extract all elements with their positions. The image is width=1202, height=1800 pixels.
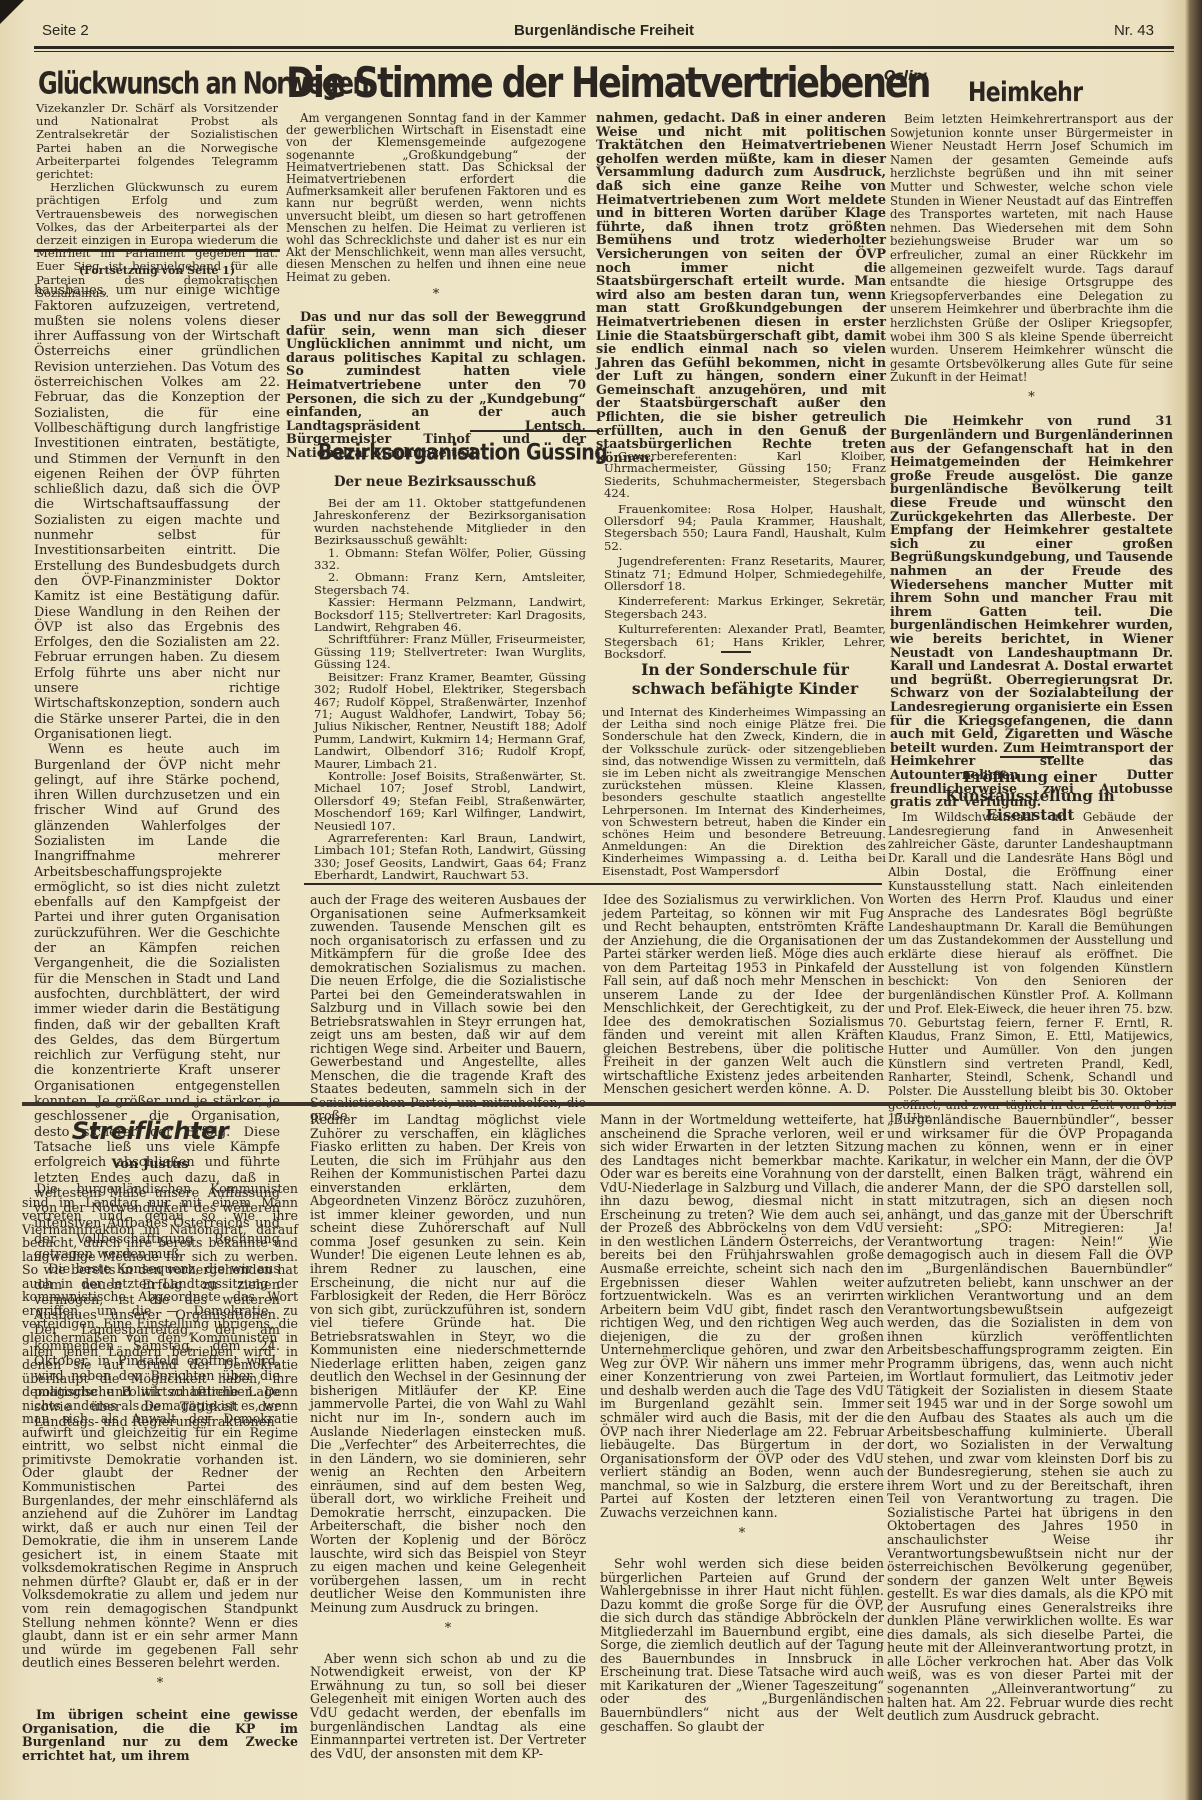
paragraph: auch der Frage des weiteren Ausbaues der… — [310, 893, 586, 1123]
divider-short — [721, 651, 751, 653]
headline-heimatvertriebenen: Die Stimme der Heimatvertriebenen — [286, 60, 929, 108]
headline-heimkehr: Heimkehr — [968, 78, 1082, 108]
separator-asterisk: * — [286, 289, 586, 301]
paragraph: Kontrolle: Josef Boisits, Straßenwärter,… — [314, 770, 586, 832]
article-heimatvertriebenen-col2: Am vergangenen Sonntag fand in der Kamme… — [286, 112, 586, 461]
streiflichter-col1: Die burgenländischen Kommunisten sind im… — [22, 1182, 298, 1762]
paragraph: Frauenkomitee: Rosa Holper, Haushalt, Ol… — [604, 503, 886, 553]
article-guessing-col3: Gewerbereferenten: Karl Kloiber, Uhrmach… — [604, 450, 886, 661]
paragraph: Im Wildschweinsaal im Gebäude der Landes… — [888, 811, 1173, 1126]
paragraph: hausbaues, um nur einige wichtige Faktor… — [34, 283, 280, 742]
paragraph: Kulturreferenten: Alexander Pratl, Beamt… — [604, 623, 886, 660]
paragraph: Kinderreferent: Markus Erkinger, Sekretä… — [604, 595, 886, 620]
masthead-rule-thin — [34, 51, 1174, 52]
article-heimkehr: Beim letzten Heimkehrertransport aus der… — [890, 113, 1173, 809]
divider — [34, 249, 280, 252]
section-divider — [22, 1102, 1176, 1106]
headline-streiflichter: Streiflichter — [0, 1117, 300, 1145]
paragraph: nahmen, gedacht. Daß in einer anderen We… — [596, 112, 886, 465]
paragraph: „Burgenländische Bauernbündler“, besser … — [887, 1113, 1173, 1723]
paragraph: Mann in der Wortmeldung wetteiferte, hat… — [600, 1113, 884, 1519]
article-guessing-col2: Bei der am 11. Oktober stattgefundenen J… — [314, 497, 586, 882]
paragraph: Am vergangenen Sonntag fand in der Kamme… — [286, 112, 586, 283]
headline-guessing: Bezirksorganisation Güssing — [318, 440, 607, 465]
subheadline-guessing: Der neue Bezirksausschuß — [290, 474, 580, 490]
masthead-rule — [34, 46, 1174, 49]
paragraph: Sehr wohl werden sich diese beiden bürge… — [600, 1557, 884, 1733]
paragraph: und Internat des Kinderheimes Wimpassing… — [602, 706, 886, 877]
paragraph: Bei der am 11. Oktober stattgefundenen J… — [314, 497, 586, 547]
separator-asterisk: * — [22, 1677, 298, 1691]
continuation-label: (Fortsetzung von Seite 1) — [34, 263, 280, 278]
article-fortsetzung-col3: Idee des Sozialismus zu verwirklichen. V… — [603, 893, 884, 1096]
separator-asterisk: * — [600, 1527, 884, 1541]
article-sonderschule: und Internat des Kinderheimes Wimpassing… — [602, 706, 886, 877]
paragraph: Redner im Landtag möglichst viele Zuhöre… — [310, 1113, 586, 1614]
paragraph: Agrarreferenten: Karl Braun, Landwirt, L… — [314, 832, 586, 882]
headline-sonderschule: In der Sonderschule für schwach befähigt… — [604, 660, 886, 698]
separator-asterisk: * — [890, 391, 1173, 405]
streiflichter-col4: „Burgenländische Bauernbündler“, besser … — [887, 1113, 1173, 1723]
paragraph: Idee des Sozialismus zu verwirklichen. V… — [603, 893, 884, 1096]
paragraph: 1. Obmann: Stefan Wölfer, Polier, Güssin… — [314, 547, 586, 572]
paragraph: Kassier: Hermann Pelzmann, Landwirt, Boc… — [314, 596, 586, 633]
paragraph: Beisitzer: Franz Kramer, Beamter, Güssin… — [314, 671, 586, 770]
newspaper-title: Burgenländische Freiheit — [36, 22, 1172, 39]
paragraph: Jugendreferenten: Franz Resetarits, Maur… — [604, 555, 886, 592]
streiflichter-col3: Mann in der Wortmeldung wetteiferte, hat… — [600, 1113, 884, 1733]
byline-justus: Von Justus — [0, 1157, 300, 1172]
masthead: Seite 2 Burgenländische Freiheit Nr. 43 — [36, 22, 1172, 44]
paragraph: Beim letzten Heimkehrertransport aus der… — [890, 113, 1173, 385]
paragraph: Schriftführer: Franz Müller, Friseurmeis… — [314, 633, 586, 670]
scan-corner — [0, 0, 24, 24]
newspaper-page: Seite 2 Burgenländische Freiheit Nr. 43 … — [0, 0, 1202, 1800]
article-fortsetzung-col2: auch der Frage des weiteren Ausbaues der… — [310, 893, 586, 1123]
streiflichter-col2: Redner im Landtag möglichst viele Zuhöre… — [310, 1113, 586, 1760]
paragraph: Vizekanzler Dr. Schärf als Vorsitzender … — [36, 102, 278, 181]
paragraph-bold: Das und nur das soll der Beweggrund dafü… — [286, 311, 586, 461]
article-kunstausstellung: Im Wildschweinsaal im Gebäude der Landes… — [888, 811, 1173, 1126]
paragraph: Aber wenn sich schon ab und zu die Notwe… — [310, 1652, 586, 1760]
paragraph: Gewerbereferenten: Karl Kloiber, Uhrmach… — [604, 450, 886, 500]
issue-number: Nr. 43 — [1114, 22, 1154, 39]
divider-short — [1000, 756, 1054, 758]
article-heimatvertriebenen-col3: nahmen, gedacht. Daß in einer anderen We… — [596, 112, 886, 465]
divider — [470, 430, 600, 432]
kicker-oslip: Oslip: — [884, 68, 928, 84]
paragraph: Die burgenländischen Kommunisten sind im… — [22, 1182, 298, 1670]
separator-asterisk: * — [310, 1622, 586, 1636]
divider — [304, 883, 882, 885]
paragraph: Im übrigen scheint eine gewisse Organisa… — [22, 1708, 298, 1762]
paragraph-bold: Die Heimkehr von rund 31 Burgenländern u… — [890, 414, 1173, 808]
paragraph: 2. Obmann: Franz Kern, Amtsleiter, Stege… — [314, 571, 586, 596]
